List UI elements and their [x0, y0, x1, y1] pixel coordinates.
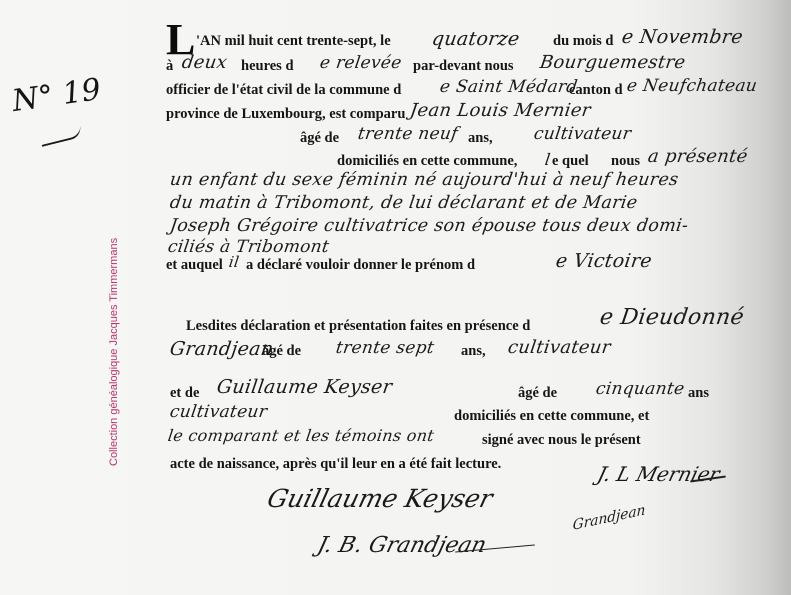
handwritten-line: Joseph Grégoire cultivatrice son épouse …	[169, 216, 690, 236]
handwritten-period: e relevée	[319, 53, 403, 73]
signature-officer: J. B. Grandjean	[315, 533, 489, 558]
handwritten-witness1: e Dieudonné	[598, 305, 745, 330]
printed-text: âgé de	[300, 130, 339, 147]
printed-text: âgé de	[262, 343, 301, 360]
signature-witness1: Grandjean	[573, 502, 646, 534]
scanned-birth-record: N° 19 Collection généalogique Jacques Ti…	[0, 0, 791, 595]
handwritten-given-name: e Victoire	[554, 250, 653, 272]
printed-text: du mois d	[553, 33, 613, 50]
handwritten-witness2-age: cinquante	[595, 379, 686, 399]
handwritten-declarant: Jean Louis Mernier	[409, 100, 593, 121]
printed-text: par-devant nous	[413, 58, 514, 75]
handwritten-witness2: Guillaume Keyser	[215, 376, 393, 398]
handwritten-witness1-age: trente sept	[335, 338, 436, 358]
handwritten-age: trente neuf	[357, 124, 460, 144]
printed-text: signé avec nous le présent	[482, 432, 641, 449]
handwritten-month: e Novembre	[620, 26, 744, 48]
handwritten-line: du matin à Tribomont, de lui déclarant e…	[169, 193, 639, 213]
handwritten-l: l	[544, 150, 552, 169]
handwritten-line: le comparant et les témoins ont	[167, 426, 436, 445]
printed-text: province de Luxembourg, est comparu	[166, 106, 405, 123]
printed-text: officier de l'état civil de la commune d	[166, 82, 401, 99]
printed-text: âgé de	[518, 385, 557, 402]
printed-text: domiciliés en cette commune, et	[454, 408, 649, 425]
handwritten-witness1-surname: Grandjean	[168, 338, 274, 360]
record-number: N° 19	[10, 72, 103, 119]
handwritten-presented: a présenté	[647, 146, 750, 167]
handwritten-occupation: cultivateur	[533, 124, 633, 144]
printed-text: et de	[170, 385, 199, 402]
printed-text: ans,	[468, 130, 493, 147]
printed-text: à	[166, 58, 173, 75]
printed-text: ans,	[461, 343, 486, 360]
printed-text: ans	[688, 385, 709, 402]
handwritten-commune: e Saint Médard	[439, 77, 579, 97]
printed-text: a déclaré vouloir donner le prénom d	[246, 257, 475, 274]
printed-text: e quel	[552, 153, 589, 170]
handwritten-day: quatorze	[430, 28, 521, 50]
handwritten-il: il	[228, 253, 241, 271]
handwritten-witness2-occupation: cultivateur	[169, 402, 269, 422]
signature-witness2: Guillaume Keyser	[264, 484, 495, 513]
handwritten-line: ciliés à Tribomont	[167, 237, 331, 257]
printed-text: 'AN mil huit cent trente-sept, le	[196, 33, 391, 50]
handwritten-official: Bourguemestre	[539, 52, 687, 73]
handwritten-witness1-occupation: cultivateur	[507, 337, 613, 358]
handwritten-line: un enfant du sexe féminin né aujourd'hui…	[169, 170, 680, 190]
printed-text: heures d	[241, 58, 294, 75]
printed-text: domiciliés en cette commune,	[337, 153, 517, 170]
collection-watermark: Collection généalogique Jacques Timmerma…	[108, 238, 120, 466]
signature-declarant: J. L Mernier	[595, 462, 722, 486]
printed-text: Lesdites déclaration et présentation fai…	[186, 318, 530, 335]
printed-text: et auquel	[166, 257, 223, 274]
record-number-flourish	[39, 125, 83, 147]
printed-text: nous	[611, 153, 640, 170]
printed-text: canton d	[569, 82, 623, 99]
handwritten-canton: e Neufchateau	[626, 76, 759, 96]
printed-text: acte de naissance, après qu'il leur en a…	[170, 456, 501, 473]
handwritten-hour: deux	[181, 52, 229, 73]
